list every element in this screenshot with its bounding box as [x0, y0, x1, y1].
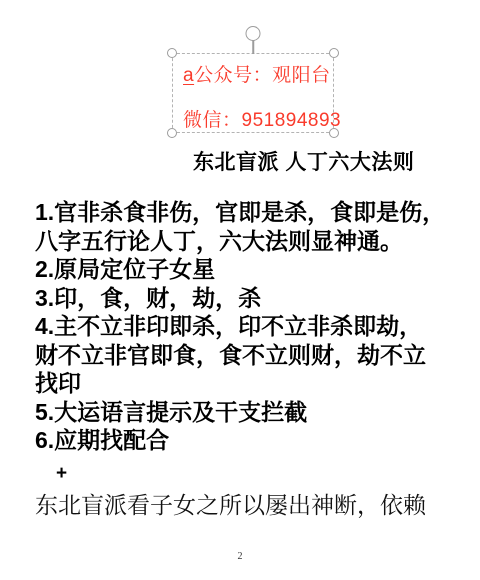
- body-line-item2: 2.原局定位子女星: [35, 255, 445, 284]
- body-line-item1-b: 八字五行论人丁，六大法则显神通。: [35, 227, 445, 256]
- body-line-item4-a: 4.主不立非印即杀，印不立非杀即劫，: [35, 312, 445, 341]
- document-body: 1.官非杀食非伤，官即是杀，食即是伤， 八字五行论人丁，六大法则显神通。 2.原…: [35, 198, 445, 455]
- resize-handle-top-left[interactable]: [167, 48, 177, 58]
- body-line-item4-c: 找印: [35, 369, 445, 398]
- underlined-prefix: a: [183, 65, 194, 86]
- body-line-item1-a: 1.官非杀食非伤，官即是杀，食即是伤，: [35, 198, 445, 227]
- textbox-line-wechat[interactable]: 微信：951894893: [183, 105, 341, 132]
- plus-marker: +: [56, 463, 67, 485]
- body-line-item3: 3.印，食，财，劫，杀: [35, 284, 445, 313]
- rotate-handle-icon[interactable]: [246, 26, 261, 41]
- document-page: a公众号：观阳台 微信：951894893 东北盲派 人丁六大法则 1.官非杀食…: [0, 0, 480, 580]
- public-account-text: 公众号：观阳台: [194, 65, 331, 86]
- page-number: 2: [0, 551, 480, 562]
- closing-sentence: 东北盲派看子女之所以屡出神断，依赖: [35, 487, 426, 520]
- body-line-item4-b: 财不立非官即食，食不立则财，劫不立: [35, 341, 445, 370]
- resize-handle-top-right[interactable]: [329, 48, 339, 58]
- resize-handle-bottom-left[interactable]: [167, 128, 177, 138]
- body-line-item6: 6.应期找配合: [35, 426, 445, 455]
- document-title: 东北盲派 人丁六大法则: [193, 146, 414, 176]
- selected-textbox[interactable]: a公众号：观阳台 微信：951894893: [172, 53, 334, 133]
- rotate-handle-stem: [252, 40, 254, 54]
- body-line-item5: 5.大运语言提示及干支拦截: [35, 398, 445, 427]
- textbox-line-public-account[interactable]: a公众号：观阳台: [183, 60, 331, 87]
